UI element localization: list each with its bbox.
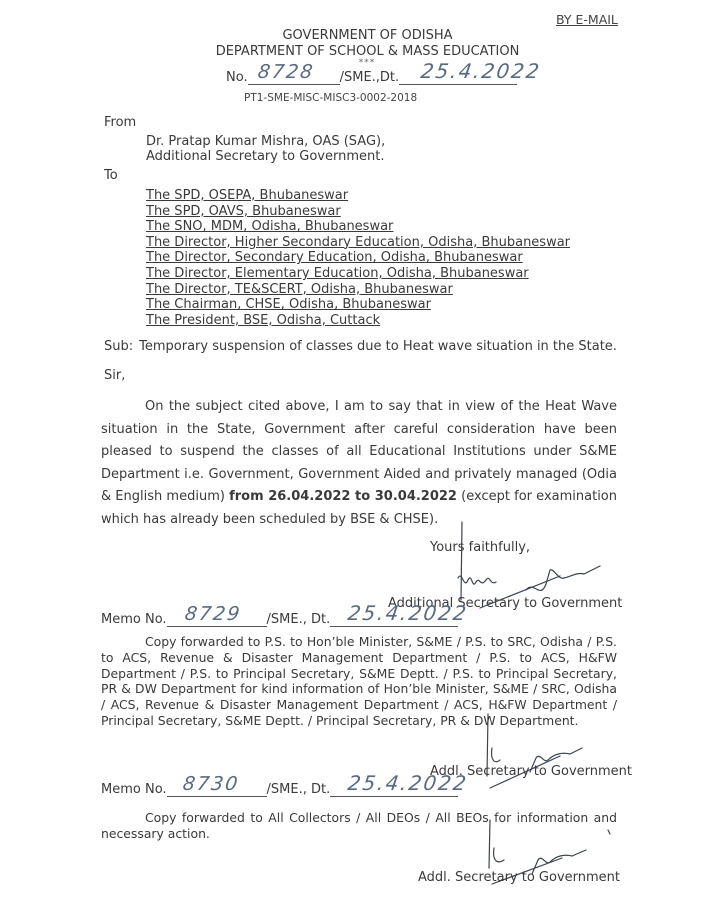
subject-label: Sub: <box>104 339 133 354</box>
to-label: To <box>104 168 118 183</box>
recipient: The President, BSE, Odisha, Cuttack <box>146 313 570 329</box>
memo-2-number: 8730 <box>181 773 240 795</box>
recipient: The Director, Secondary Education, Odish… <box>146 250 570 266</box>
recipient: The Director, Higher Secondary Education… <box>146 235 570 251</box>
recipient: The SNO, MDM, Odisha, Bhubaneswar <box>146 219 570 235</box>
memo-1-middle: /SME., Dt. <box>267 612 331 627</box>
memo-line-1: Memo No.8729/SME., Dt.25.4.2022 <box>101 612 458 627</box>
ref-date: 25.4.2022 <box>419 59 542 83</box>
memo-line-2: Memo No.8730/SME., Dt.25.4.2022 <box>101 782 458 797</box>
sender-name: Dr. Pratap Kumar Mishra, OAS (SAG), <box>146 134 385 149</box>
ref-prefix: No. <box>226 70 248 85</box>
heading-separator: *** <box>0 58 720 68</box>
recipient: The Director, TE&SCERT, Odisha, Bhubanes… <box>146 282 570 298</box>
memo-2-designation: Addl. Secretary to Government <box>418 870 620 885</box>
recipient: The Chairman, CHSE, Odisha, Bhubaneswar <box>146 297 570 313</box>
memo-2-middle: /SME., Dt. <box>267 782 331 797</box>
department-heading: DEPARTMENT OF SCHOOL & MASS EDUCATION <box>0 44 720 59</box>
recipient: The Director, Elementary Education, Odis… <box>146 266 570 282</box>
memo-1-prefix: Memo No. <box>101 612 167 627</box>
signature-1 <box>450 520 610 630</box>
recipient-list: The SPD, OSEPA, Bhubaneswar The SPD, OAV… <box>146 188 570 328</box>
file-number: PT1-SME-MISC-MISC3-0002-2018 <box>244 92 417 104</box>
body-paragraph: On the subject cited above, I am to say … <box>101 396 617 531</box>
ref-number: 8728 <box>256 61 315 83</box>
memo-1-number: 8729 <box>183 603 242 625</box>
memo-2-prefix: Memo No. <box>101 782 167 797</box>
from-label: From <box>104 115 136 130</box>
government-heading: GOVERNMENT OF ODISHA <box>0 28 720 43</box>
salutation: Sir, <box>104 368 125 383</box>
signature-2 <box>470 712 600 802</box>
memo-1-date: 25.4.2022 <box>347 601 470 625</box>
subject-text: Temporary suspension of classes due to H… <box>139 339 617 354</box>
recipient: The SPD, OAVS, Bhubaneswar <box>146 204 570 220</box>
body-dates: from 26.04.2022 to 30.04.2022 <box>229 489 457 504</box>
sender-designation: Additional Secretary to Government. <box>146 149 384 164</box>
memo-2-date: 25.4.2022 <box>347 771 470 795</box>
recipient: The SPD, OSEPA, Bhubaneswar <box>146 188 570 204</box>
dispatch-mode: BY E-MAIL <box>556 12 618 27</box>
ref-middle: /SME.,Dt. <box>340 70 400 85</box>
reference-line: No.8728/SME.,Dt.25.4.2022 <box>226 70 517 85</box>
subject-line: Sub:Temporary suspension of classes due … <box>104 339 617 354</box>
